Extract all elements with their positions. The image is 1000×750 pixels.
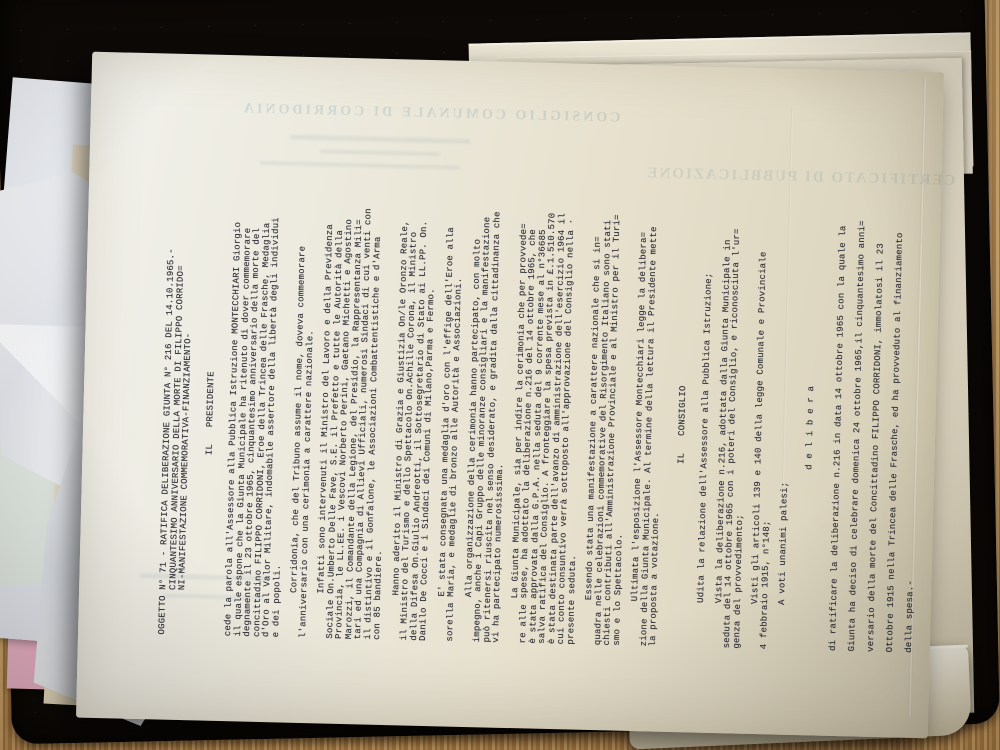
photo-desk-scene: CONSIGLIO COMUNALE DI CORRIDONIA CERTIFI… — [0, 0, 1000, 750]
document-text: OGGETTO N° 71 - RATIFICA DELIBERAZIONE G… — [158, 190, 929, 653]
bleedthrough-consiglio-comunale: CONSIGLIO COMUNALE DI CORRIDONIA — [241, 101, 621, 126]
rotated-text-area: OGGETTO N° 71 - RATIFICA DELIBERAZIONE G… — [158, 190, 929, 653]
bleedthrough-smudge — [260, 161, 460, 170]
bleedthrough-smudge — [290, 135, 470, 144]
bleedthrough-certificato: CERTIFICATO DI PUBBLICAZIONE — [645, 165, 955, 190]
bleedthrough-smudge — [320, 149, 440, 156]
typed-page: CONSIGLIO COMUNALE DI CORRIDONIA CERTIFI… — [76, 52, 944, 739]
